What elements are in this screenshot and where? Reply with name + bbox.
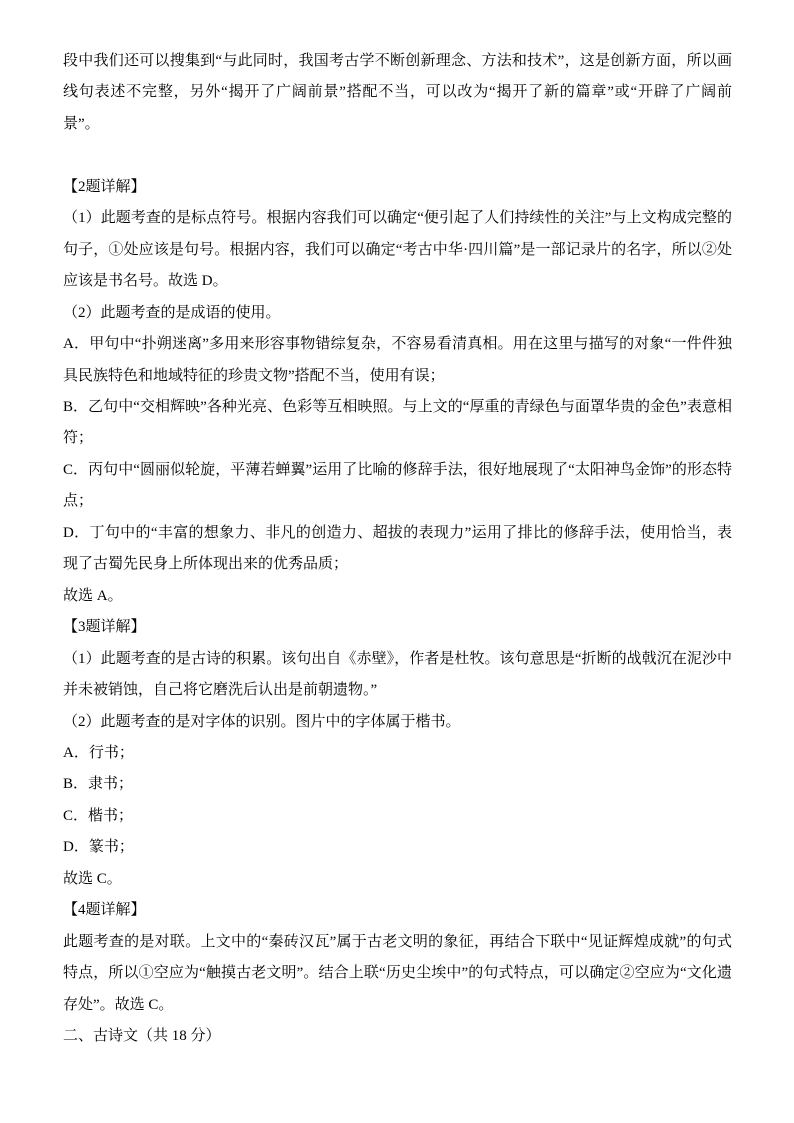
paragraph: 故选 C。 [63, 864, 732, 895]
detail-heading: 【4题详解】 [63, 895, 732, 926]
paragraph: B．隶书； [63, 769, 732, 800]
paragraph: C．丙句中“圆丽似轮旋，平薄若蝉翼”运用了比喻的修辞手法，很好地展现了“太阳神鸟… [63, 455, 732, 518]
detail-heading: 【3题详解】 [63, 612, 732, 643]
section-heading: 二、古诗文（共 18 分） [63, 1021, 732, 1052]
paragraph: D．篆书； [63, 832, 732, 863]
paragraph: （1）此题考查的是标点符号。根据内容我们可以确定“便引起了人们持续性的关注”与上… [63, 203, 732, 297]
document-page: 段中我们还可以搜集到“与此同时，我国考古学不断创新理念、方法和技术”，这是创新方… [0, 0, 794, 1123]
paragraph: （2）此题考查的是成语的使用。 [63, 298, 732, 329]
paragraph: D．丁句中的“丰富的想象力、非凡的创造力、超拔的表现力”运用了排比的修辞手法，使… [63, 518, 732, 581]
paragraph: 段中我们还可以搜集到“与此同时，我国考古学不断创新理念、方法和技术”，这是创新方… [63, 46, 732, 140]
answer-explanation-content: 段中我们还可以搜集到“与此同时，我国考古学不断创新理念、方法和技术”，这是创新方… [63, 46, 732, 1052]
detail-heading: 【2题详解】 [63, 172, 732, 203]
paragraph: A．行书； [63, 738, 732, 769]
paragraph: 此题考查的是对联。上文中的“秦砖汉瓦”属于古老文明的象征，再结合下联中“见证辉煌… [63, 927, 732, 1021]
paragraph: （1）此题考查的是古诗的积累。该句出自《赤壁》，作者是杜牧。该句意思是“折断的战… [63, 644, 732, 707]
paragraph: A．甲句中“扑朔迷离”多用来形容事物错综复杂，不容易看清真相。用在这里与描写的对… [63, 329, 732, 392]
paragraph: B．乙句中“交相辉映”各种光亮、色彩等互相映照。与上文的“厚重的青绿色与面罩华贵… [63, 392, 732, 455]
paragraph: （2）此题考查的是对字体的识别。图片中的字体属于楷书。 [63, 707, 732, 738]
paragraph: C．楷书； [63, 801, 732, 832]
blank-line [63, 140, 732, 171]
paragraph: 故选 A。 [63, 581, 732, 612]
